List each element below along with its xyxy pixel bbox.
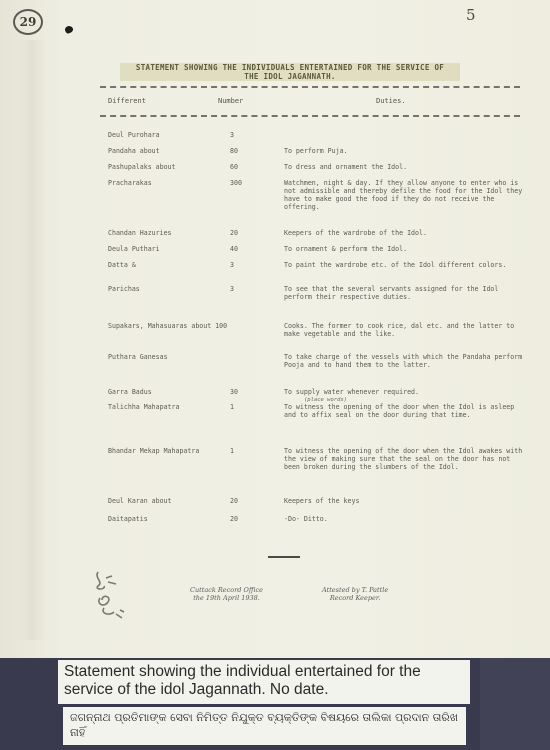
certification-office: Cuttack Record Office xyxy=(190,586,263,594)
designation-cell: Chandan Hazuries xyxy=(108,229,218,237)
duties-cell: To see that the several servants assigne… xyxy=(284,285,524,301)
duties-cell: -Do- Ditto. xyxy=(284,515,524,523)
number-cell: 30 xyxy=(230,388,270,396)
duties-cell: Watchmen, night & day. If they allow any… xyxy=(284,179,524,211)
caption-english: Statement showing the individual enterta… xyxy=(58,660,470,704)
designation-cell: Supakars, Mahasuaras about 100 xyxy=(108,322,218,330)
duties-cell: To take charge of the vessels with which… xyxy=(284,353,524,369)
certification-left: Cuttack Record Office the 19th April 193… xyxy=(190,586,263,602)
number-cell: 20 xyxy=(230,515,270,523)
ink-blot-mark xyxy=(64,25,74,35)
number-cell: 20 xyxy=(230,229,270,237)
handwritten-insertion: (place words) xyxy=(304,396,347,404)
page-number-mark: 5 xyxy=(466,6,476,24)
duties-cell: To paint the wardrobe etc. of the Idol d… xyxy=(284,261,524,269)
title-line-1: STATEMENT SHOWING THE INDIVIDUALS ENTERT… xyxy=(120,63,460,72)
designation-cell: Deul Purohara xyxy=(108,131,218,139)
designation-cell: Talichha Mahapatra xyxy=(108,403,218,411)
closing-rule xyxy=(268,556,300,558)
designation-cell: Datta & xyxy=(108,261,218,269)
duties-cell: To perform Puja. xyxy=(284,147,524,155)
designation-cell: Garra Badus xyxy=(108,388,218,396)
designation-cell: Daitapatis xyxy=(108,515,218,523)
column-header-number: Number xyxy=(218,97,243,105)
column-header-designation: Different xyxy=(108,97,146,105)
number-cell: 80 xyxy=(230,147,270,155)
duties-cell: To witness the opening of the door when … xyxy=(284,403,524,419)
designation-cell: Pandaha about xyxy=(108,147,218,155)
duties-cell: To witness the opening of the door when … xyxy=(284,447,524,471)
duties-cell: Keepers of the wardrobe of the Idol. xyxy=(284,229,524,237)
folio-number-circle: 29 xyxy=(13,9,43,35)
certification-right: Attested by T. Pattle Record Keeper. xyxy=(322,586,388,602)
number-cell: 3 xyxy=(230,261,270,269)
title-line-2: THE IDOL JAGANNATH. xyxy=(120,72,460,81)
page-shadow-strip xyxy=(18,40,46,640)
duties-cell: Keepers of the keys xyxy=(284,497,524,505)
number-cell: 3 xyxy=(230,285,270,293)
column-header-duties: Duties. xyxy=(376,97,406,105)
designation-cell: Parichas xyxy=(108,285,218,293)
number-cell: 1 xyxy=(230,447,270,455)
number-cell: 300 xyxy=(230,179,270,187)
dashed-rule-top xyxy=(100,86,520,88)
handwritten-initials-scribble xyxy=(90,568,130,624)
designation-cell: Pracharakas xyxy=(108,179,218,187)
number-cell: 60 xyxy=(230,163,270,171)
archival-document-page: 29 5 STATEMENT SHOWING THE INDIVIDUALS E… xyxy=(0,0,550,658)
caption-odia: ଜଗନ୍ନାଥ ପ୍ରତିମାଙ୍କ ସେବା ନିମିତ୍ତ ନିଯୁକ୍ତ … xyxy=(63,707,466,745)
number-cell: 1 xyxy=(230,403,270,411)
number-cell: 40 xyxy=(230,245,270,253)
number-cell: 20 xyxy=(230,497,270,505)
duties-cell: To supply water whenever required. xyxy=(284,388,524,396)
attested-by: Attested by T. Pattle xyxy=(322,586,388,594)
number-cell: 3 xyxy=(230,131,270,139)
dashed-rule-bottom xyxy=(100,115,520,117)
duties-cell: Cooks. The former to cook rice, dal etc.… xyxy=(284,322,524,338)
duties-cell: To dress and ornament the Idol. xyxy=(284,163,524,171)
designation-cell: Deula Puthari xyxy=(108,245,218,253)
designation-cell: Puthara Ganesas xyxy=(108,353,218,361)
document-title: STATEMENT SHOWING THE INDIVIDUALS ENTERT… xyxy=(120,63,460,81)
certification-date: the 19th April 1938. xyxy=(190,594,263,602)
attester-title: Record Keeper. xyxy=(322,594,388,602)
duties-cell: To ornament & perform the Idol. xyxy=(284,245,524,253)
designation-cell: Pashupalaks about xyxy=(108,163,218,171)
designation-cell: Deul Karan about xyxy=(108,497,218,505)
designation-cell: Bhandar Mekap Mahapatra xyxy=(108,447,218,455)
